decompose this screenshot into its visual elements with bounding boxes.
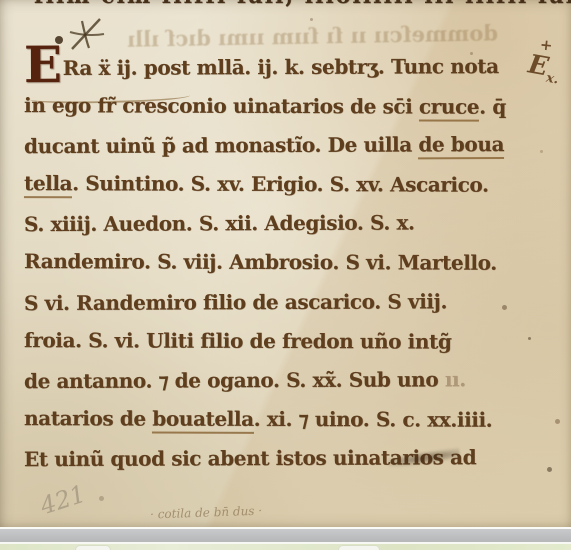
manuscript-line: Et uinũ quod sic abent istos uinatarios … (24, 445, 552, 486)
manuscript-line: S vi. Randemiro filio de ascarico. S vii… (24, 288, 552, 329)
text-segment: . q̄ (479, 95, 506, 119)
text-segment: S. xiiij. Auedon. S. xii. Adegisio. S. x… (24, 211, 415, 237)
footer-button-partial-1[interactable] (75, 545, 111, 550)
illuminated-initial: E (24, 35, 62, 94)
manuscript-line: Randemiro. S. viij. Ambrosio. S vi. Mart… (24, 250, 552, 291)
manuscript-line: natarios de bouatella. xi. ⁊ uino. S. c.… (24, 406, 552, 447)
text-segment: in ego fr̃ cresconio uinatarios de sc̄i (24, 93, 419, 118)
text-segment: Ra ẍ ij. post mllā. ij. k. sebtrʒ. Tunc … (63, 54, 499, 80)
text-segment: Randemiro. S. viij. Ambrosio. S vi. Mart… (24, 250, 497, 276)
text-segment: ducant uinũ p̃ ad monastĩo. De uilla (24, 133, 418, 159)
manuscript-line: de antanno. ⁊ de ogano. S. xx̃. Sub uno … (24, 367, 552, 408)
manuscript-line: froia. S. vi. Uliti filio de fredon uño … (24, 328, 552, 369)
text-segment: de boua (418, 132, 504, 159)
text-segment: de antanno. ⁊ de ogano. S. xx̃. Sub uno (24, 367, 445, 393)
text-segment: bouatella (152, 406, 253, 433)
text-segment: . Suintino. S. xv. Erigio. S. xv. Ascari… (72, 172, 489, 197)
text-segment: ıı. (445, 367, 466, 391)
manuscript-line: S. xiiij. Auedon. S. xii. Adegisio. S. x… (24, 210, 552, 251)
manuscript-line: ERa ẍ ij. post mllā. ij. k. sebtrʒ. Tunc… (24, 54, 552, 95)
text-segment: froia. S. vi. Uliti filio de fredon uño … (24, 328, 452, 353)
manuscript-line: in ego fr̃ cresconio uinatarios de sc̄i … (24, 93, 552, 134)
footer-button-partial-2[interactable] (338, 545, 380, 550)
cropped-line-fragment: ſıım cım ſııſſı ſaıı, ıııȯıııııı ııı ııı… (34, 0, 571, 9)
text-segment: S vi. Randemiro filio de ascarico. S vii… (24, 289, 447, 315)
text-segment: . xi. ⁊ uino. S. c. xx.iiii. (254, 407, 493, 432)
cropped-text-line-top: ſıım cım ſııſſı ſaıı, ıııȯıııııı ııı ııı… (0, 0, 571, 14)
manuscript-line: tella. Suintino. S. xv. Erigio. S. xv. A… (24, 171, 552, 212)
manuscript-text-block: ERa ẍ ij. post mllā. ij. k. sebtrʒ. Tunc… (24, 55, 552, 485)
horizontal-scrollbar-track[interactable] (0, 529, 571, 542)
manuscript-viewer: ſıım cım ſııſſı ſaıı, ıııȯıııııı ııı ııı… (0, 0, 571, 550)
text-segment: tella (24, 171, 72, 198)
text-segment: cruce (419, 95, 479, 122)
text-segment: natarios de (24, 406, 152, 430)
manuscript-line: ducant uinũ p̃ ad monastĩo. De uilla de … (24, 132, 552, 173)
